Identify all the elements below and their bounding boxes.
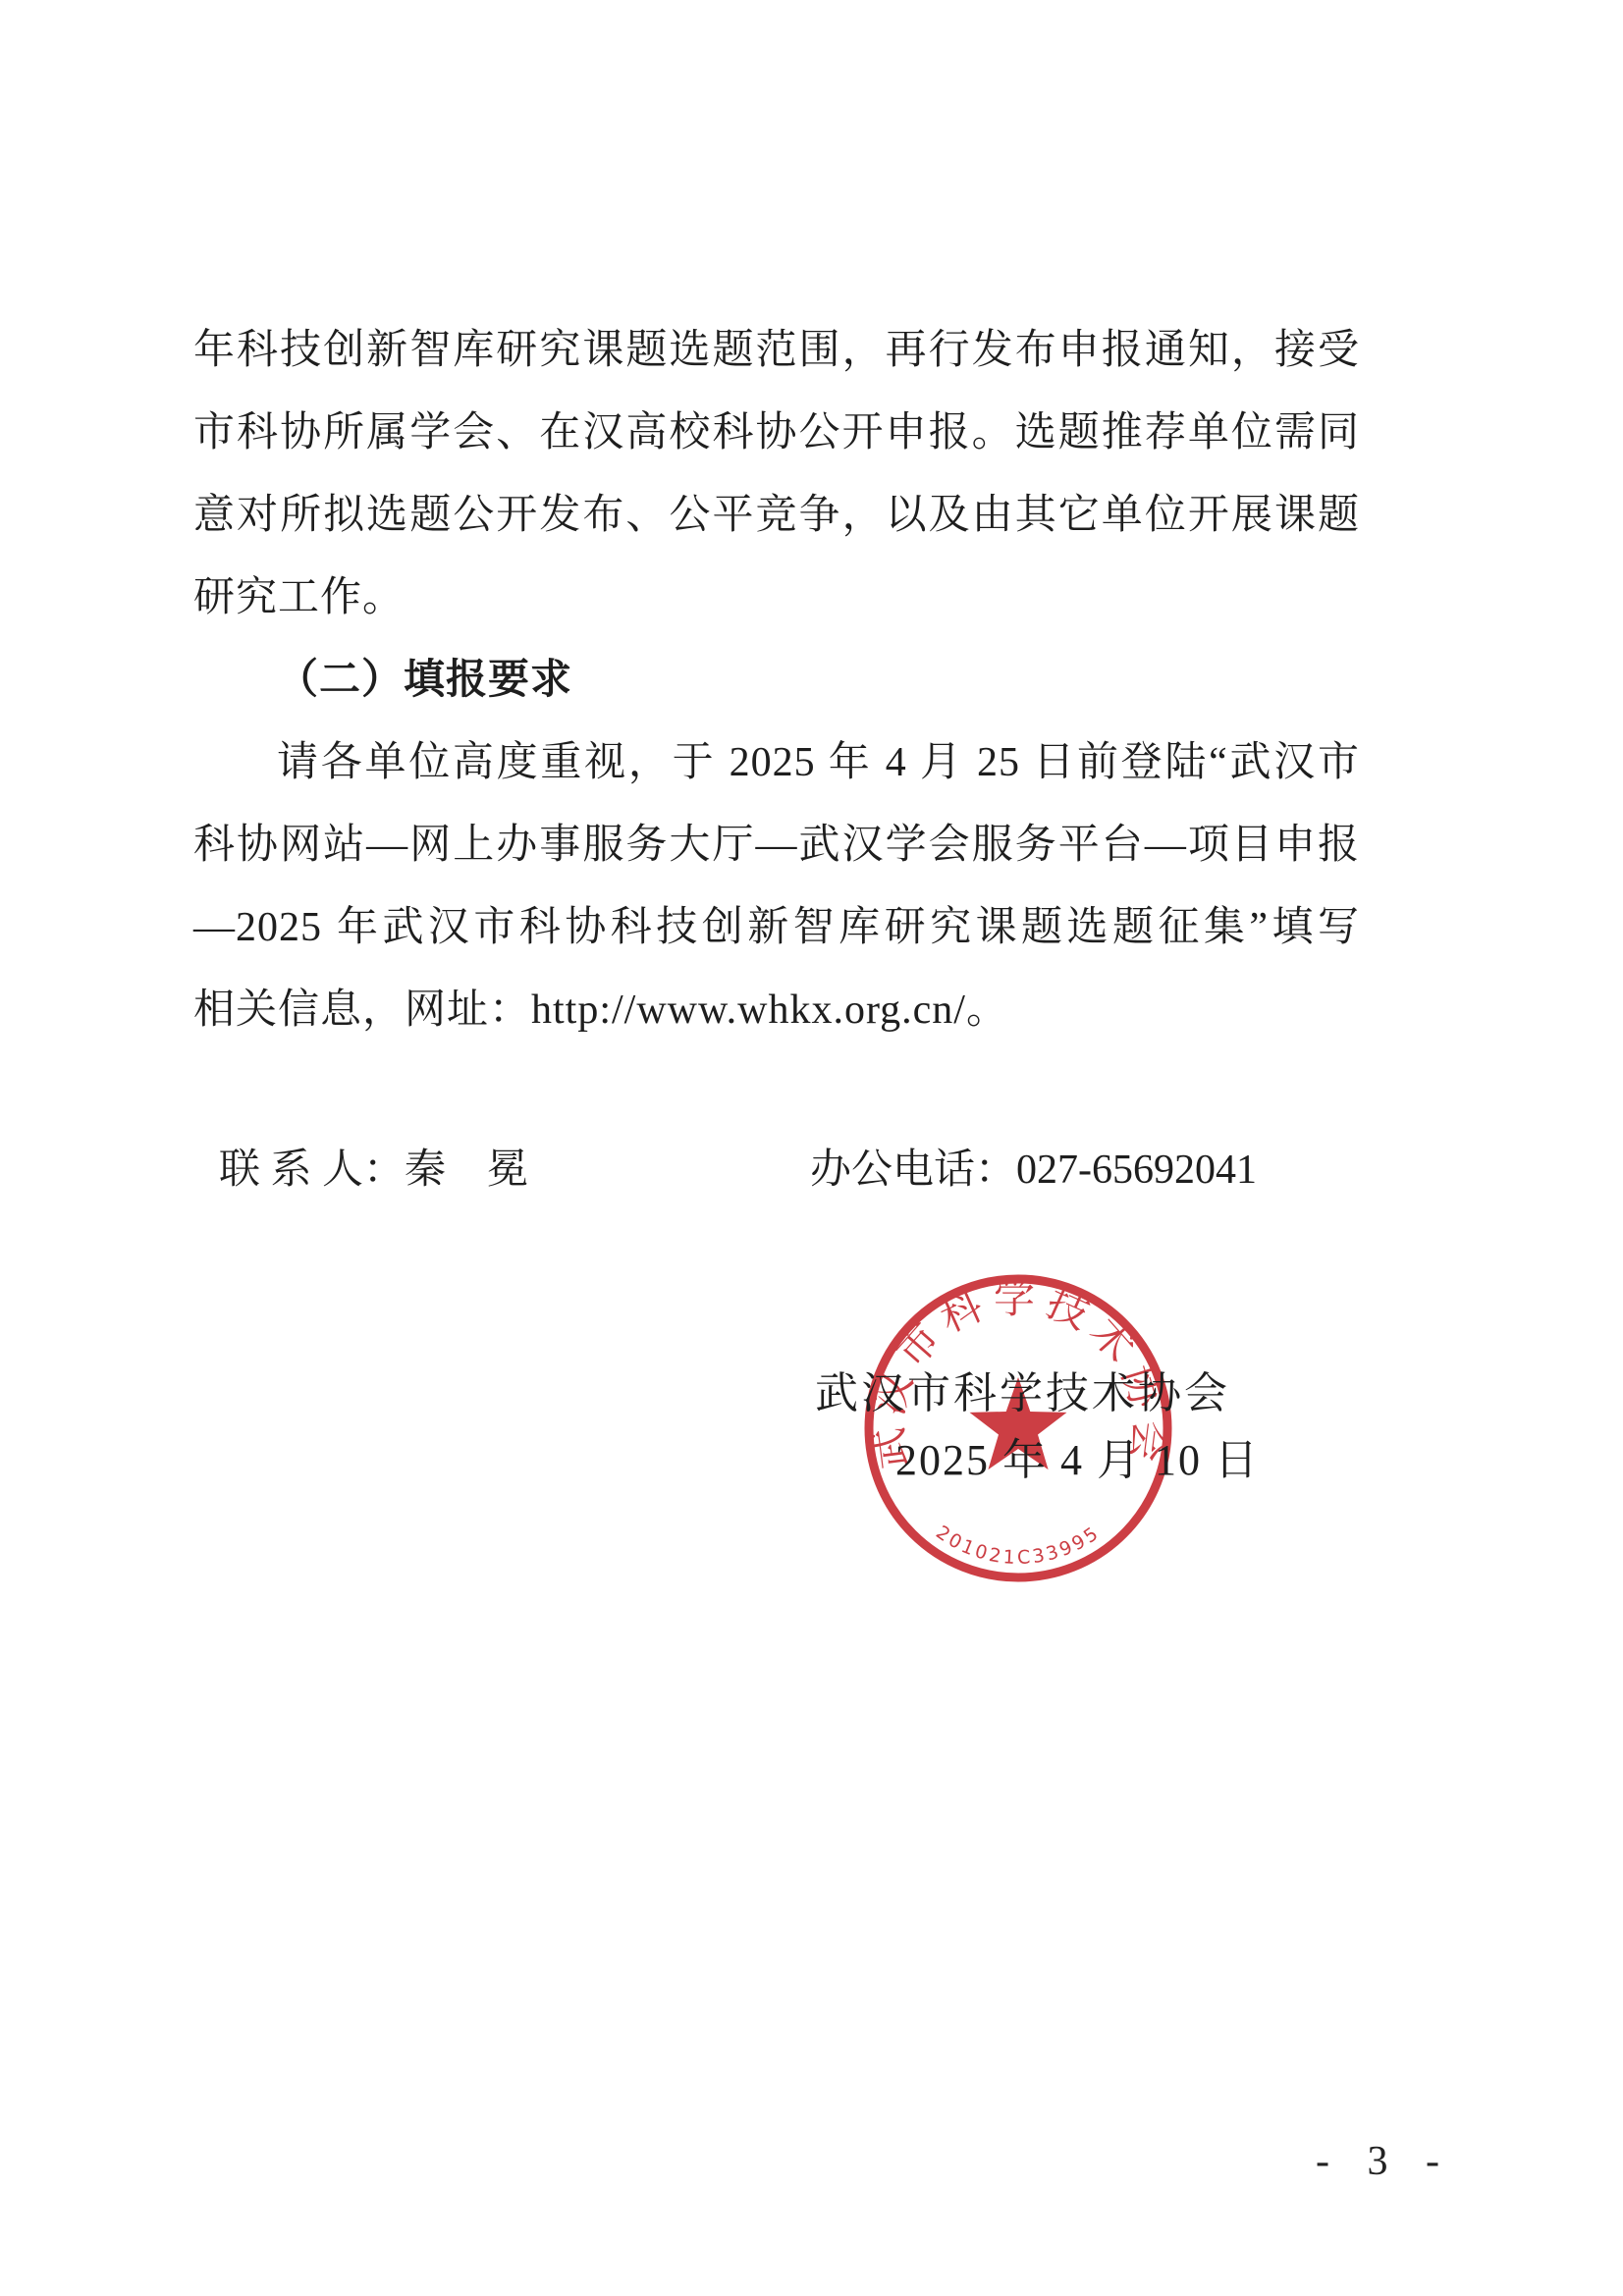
contact-person-label: 联 系 人： xyxy=(219,1148,405,1193)
document-body: 年科技创新智库研究课题选题范围，再行发布申报通知，接受 市科协所属学会、在汉高校… xyxy=(193,309,1360,1051)
contact-phone: 办公电话：027-65692041 xyxy=(810,1129,1257,1211)
body-line: 研究工作。 xyxy=(193,557,1360,639)
body-line: 意对所拟选题公开发布、公平竞争，以及由其它单位开展课题 xyxy=(193,474,1360,557)
contact-phone-label: 办公电话： xyxy=(810,1148,1016,1193)
body-line website-line: 相关信息，网址：http://www.whkx.org.cn/。 xyxy=(193,969,1360,1051)
signature-block: 武汉市科学技术协会 2025 年 4 月 10 日 xyxy=(193,1366,1360,1488)
contact-person-name: 秦 冕 xyxy=(405,1148,528,1193)
contact-person: 联 系 人：秦 冕 xyxy=(219,1129,528,1211)
body-line: 科协网站—网上办事服务大厅—武汉学会服务平台—项目申报 xyxy=(193,804,1360,886)
body-line: 请各单位高度重视，于 2025 年 4 月 25 日前登陆“武汉市 xyxy=(193,721,1360,804)
signature-date: 2025 年 4 月 10 日 xyxy=(193,1433,1360,1488)
section-heading: （二）填报要求 xyxy=(193,639,1360,721)
body-line: 市科协所属学会、在汉高校科协公开申报。选题推荐单位需同 xyxy=(193,392,1360,474)
signature-org-name: 武汉市科学技术协会 xyxy=(193,1366,1360,1421)
contact-phone-number: 027-65692041 xyxy=(1016,1148,1257,1193)
page-number: - 3 - xyxy=(1316,2138,1453,2185)
document-page: 年科技创新智库研究课题选题范围，再行发布申报通知，接受 市科协所属学会、在汉高校… xyxy=(0,0,1623,2296)
contact-row: 联 系 人：秦 冕 办公电话：027-65692041 xyxy=(193,1129,1360,1211)
body-line: —2025 年武汉市科协科技创新智库研究课题选题征集”填写 xyxy=(193,886,1360,969)
body-line: 年科技创新智库研究课题选题范围，再行发布申报通知，接受 xyxy=(193,309,1360,392)
